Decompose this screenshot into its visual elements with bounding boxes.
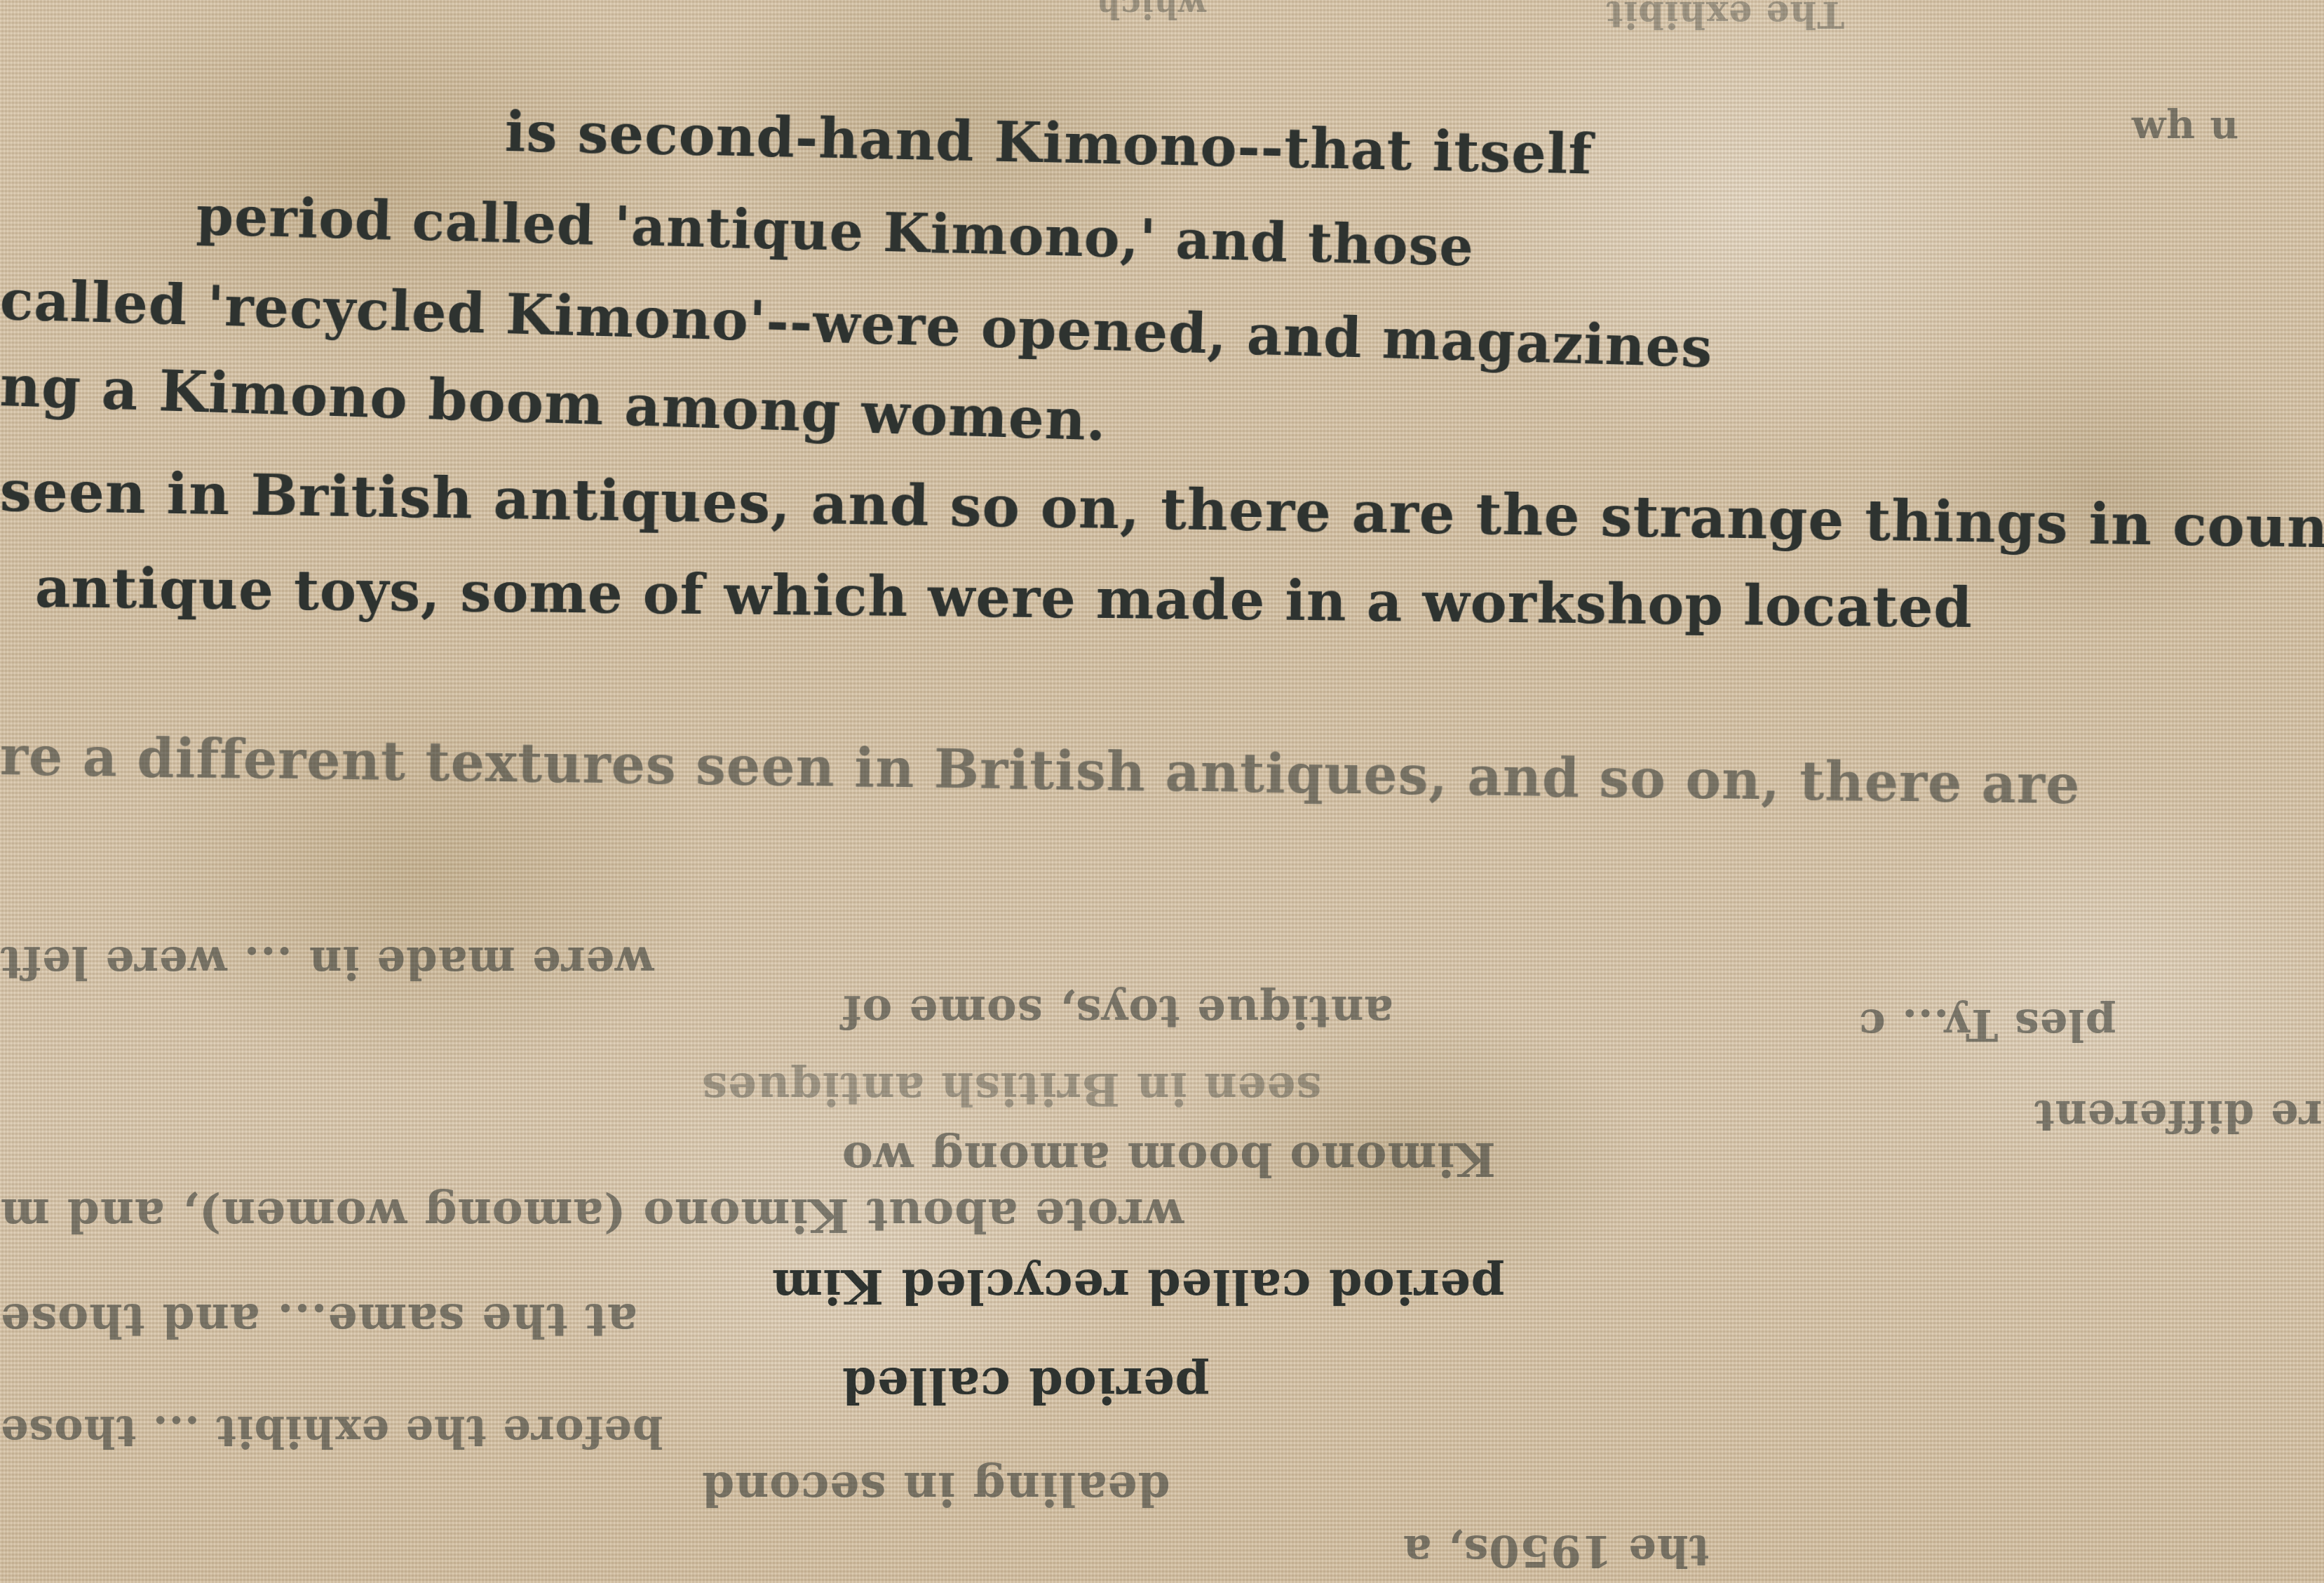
inverted-line-were-made: were made in ... were left	[0, 940, 654, 985]
inverted-line-before-exhibit: before the exhibit ... those	[0, 1410, 663, 1453]
inverted-line-period-called: period called	[842, 1361, 1210, 1410]
inverted-line-at-the-same: at the same... and those	[0, 1298, 637, 1344]
text-line-second-hand-kimono: is second-hand Kimono--that itself	[504, 105, 1593, 182]
text-line-antique-toys: antique toys, some of which were made in…	[35, 561, 1973, 636]
inverted-line-recycled-kim: period called recycled Kim	[771, 1262, 1504, 1310]
text-line-wh: wh u	[2132, 105, 2239, 144]
text-line-antique-kimono: period called 'antique Kimono,' and thos…	[196, 189, 1475, 274]
inverted-line-dealing-in-second: dealing in second	[701, 1466, 1170, 1512]
text-line-exhibit: The exhibit	[1606, 0, 1844, 32]
fabric-canvas: which The exhibit is second-hand Kimono-…	[0, 0, 2324, 1583]
text-line-british-antiques: seen in British antiques, and so on, the…	[0, 463, 2324, 556]
inverted-line-kimono-boom: Kimono boom among wo	[842, 1136, 1496, 1183]
inverted-line-ples: ples Ty... c	[1858, 1003, 2116, 1046]
text-line-kimono-boom: ng a Kimono boom among women.	[0, 358, 1107, 449]
text-line-different-textures: re a different textures seen in British …	[0, 729, 2081, 811]
text-line-which: which	[1096, 0, 1206, 22]
inverted-line-1950s: the 1950s, a	[1403, 1529, 1710, 1572]
inverted-line-are-different: are different	[2034, 1094, 2324, 1138]
inverted-line-seen-in-british: seen in British antiques	[701, 1066, 1321, 1111]
inverted-line-wrote-about: wrote about Kimono (among women), and m	[0, 1192, 1184, 1239]
inverted-line-antique-toys: antique toys, some of	[842, 989, 1393, 1034]
